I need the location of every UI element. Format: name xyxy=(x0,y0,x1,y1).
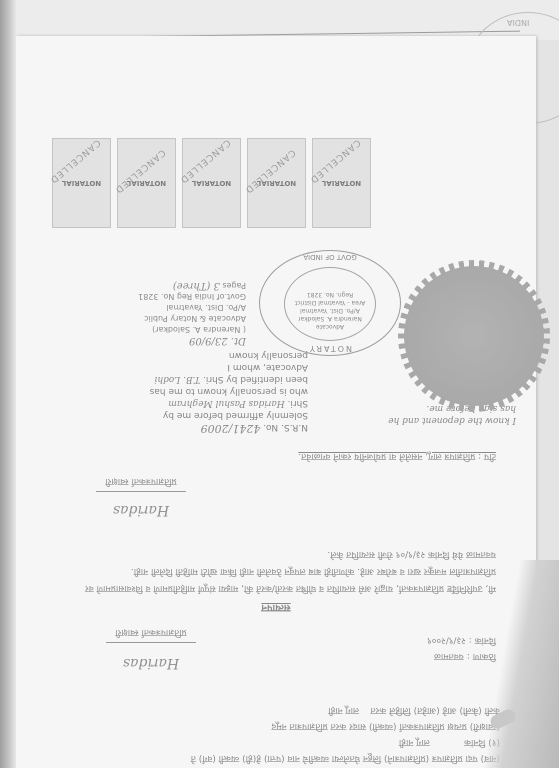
stamp-label: NOTARIAL xyxy=(53,179,110,187)
header-line-4: केली (केली) आहे (आहेत) लिहिले करत लागू न… xyxy=(60,702,500,718)
deponent-signature-2: Haridas प्रतिज्ञापत्रकर्ता स्वाक्षरी xyxy=(96,476,186,518)
stamp-line: Narendra A. Salodkar xyxy=(285,314,375,322)
notary-reg: Govt.of India Reg No. 3281 xyxy=(46,291,246,302)
scanner-edge xyxy=(0,0,16,768)
attest-date: Dt. 23/9/09 xyxy=(46,335,246,346)
signature-scrawl: Haridas xyxy=(106,642,196,671)
signature-scrawl: Haridas xyxy=(96,491,186,518)
nrs-row: N.R.S. No. 4241/2009 xyxy=(108,421,308,434)
stamp-line: Regn. No. 3281 xyxy=(285,290,375,298)
affirm-line: Solemnly affirmed before me by xyxy=(108,409,308,421)
nrs-label: N.R.S. No. xyxy=(263,422,308,432)
notary-round-stamp: NOTARY Advocate Narendra A. Salodkar A/P… xyxy=(259,250,401,356)
notary-address: A/Po. Dist. Yavatmal xyxy=(46,302,246,313)
pages-label: Pages xyxy=(222,281,246,290)
deponent-name: Haridas Pashul Meghram xyxy=(168,398,284,408)
stamp-line: Area - Yavatmal District xyxy=(285,298,375,306)
deponent-signature-1: Haridas प्रतिज्ञापत्रकर्ता स्वाक्षरी xyxy=(106,627,196,671)
header-line-2: (१) दिनांक लागू नाही xyxy=(60,734,500,750)
identifier-name: T.B. Lodhi xyxy=(154,374,200,384)
header-date-value: लागू नाही xyxy=(399,737,430,747)
verification-closing: यवतमाळ येथे दिनांक २३/९/०९ रोजी सत्यापित… xyxy=(56,545,496,562)
header-line-1: (नाव) पदा प्रतिज्ञापत्र (प्रतिज्ञापत्रान… xyxy=(60,750,500,766)
header-line-3: (स्वाक्षरी) प्रत्यक्ष प्रतिज्ञापत्रकर्ता… xyxy=(60,718,500,734)
known-line: who is personally known to me has xyxy=(108,385,308,397)
identified-line: been identified by Shri. T.B. Lodhi xyxy=(108,373,308,385)
verification-body: मी, उपरिनिर्दिष्ट प्रतिज्ञापत्रकर्ता, या… xyxy=(56,545,496,596)
header-line-4-value: लागू नाही xyxy=(328,705,359,715)
stamp-top-text: NOTARY xyxy=(260,344,400,353)
header-fields: (नाव) पदा प्रतिज्ञापत्र (प्रतिज्ञापत्रान… xyxy=(60,702,500,766)
deponent-line: Shri. Haridas Pashul Meghram xyxy=(108,397,308,409)
notary-endorsement: N.R.S. No. 4241/2009 Solemnly affirmed b… xyxy=(108,349,308,434)
notary-name: ( Narendra A. Salodkar) xyxy=(46,324,246,335)
pages-row: Pages 3 (Three) xyxy=(46,280,246,291)
embossed-seal xyxy=(404,266,544,406)
signature-caption: प्रतिज्ञापत्रकर्ता स्वाक्षरी xyxy=(106,627,196,640)
stamp-line: Advocate xyxy=(285,322,375,330)
verification-text: मी, उपरिनिर्दिष्ट प्रतिज्ञापत्रकर्ता, या… xyxy=(56,562,496,596)
shri-label: Shri. xyxy=(288,398,308,408)
nrs-number: 4241/2009 xyxy=(201,422,261,435)
page-curl-shadow xyxy=(469,560,559,768)
stamp-inner-ring: Advocate Narendra A. Salodkar A/Po. Dist… xyxy=(284,267,376,341)
pages-value: 3 (Three) xyxy=(173,280,220,291)
rotated-content: (नाव) पदा प्रतिज्ञापत्र (प्रतिज्ञापत्रान… xyxy=(16,36,536,768)
affidavit-page: (नाव) पदा प्रतिज्ञापत्र (प्रतिज्ञापत्रान… xyxy=(16,36,536,768)
verification-title: सत्यापन xyxy=(16,602,536,616)
identified-label: been identified by Shri. xyxy=(203,374,308,384)
stamp-bottom-text: GOVT OF INDIA xyxy=(260,253,400,261)
advocate-line: Advocate, whom I xyxy=(108,361,308,373)
stamp-label: NOTARIAL xyxy=(183,179,240,187)
footnote: टीप : प्रतिज्ञापत्र लागू, नसलेले वा प्रय… xyxy=(298,451,496,464)
notary-attestation: Dt. 23/9/09 ( Narendra A. Salodkar) Advo… xyxy=(46,280,246,346)
notary-title: Advocate & Notary Public xyxy=(46,313,246,324)
signature-caption: प्रतिज्ञापत्रकर्ता स्वाक्षरी xyxy=(96,476,186,489)
stamp-label: NOTARIAL xyxy=(313,179,370,187)
stamp-line: A/Po. Dist. Yavatmal xyxy=(285,306,375,314)
background-stamp-text: INDIA xyxy=(507,18,529,27)
